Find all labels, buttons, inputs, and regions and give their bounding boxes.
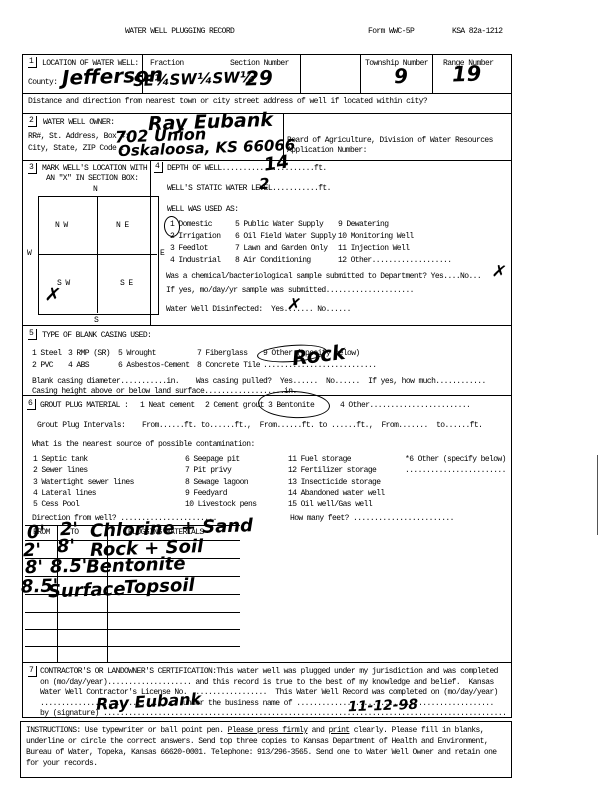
list-item: 4 Lateral lines [33, 489, 134, 500]
instructions-text: INSTRUCTIONS: Use typewriter or ball poi… [26, 725, 507, 769]
section6-heading: GROUT PLUG MATERIAL : [40, 401, 128, 410]
divider [360, 54, 361, 93]
compass-s-label: S [94, 316, 98, 325]
section1-number: 1 [28, 57, 37, 68]
list-item: 11 Injection Well [338, 244, 451, 256]
list-item: on (mo/day/year).................... and… [40, 678, 506, 689]
divider [22, 325, 511, 326]
fraction-value: SE¼SW¼SW¼ [133, 70, 256, 89]
list-item: 15 Oil well/Gas well [288, 500, 385, 511]
divider [22, 662, 511, 663]
list-item: 10 Monitoring Well [338, 232, 451, 244]
casing-option: 7 Fiberglass [197, 349, 247, 358]
grout-material-option-other: 4 Other........................ [340, 401, 470, 410]
grout-plug-intervals-line: Grout Plug Intervals: From......ft. to..… [37, 421, 482, 430]
list-item: 4 Industrial [170, 256, 220, 268]
how-many-feet-label: How many feet? ........................ [290, 514, 454, 523]
list-item: 11 Fuel storage [288, 455, 385, 466]
divider [300, 54, 301, 93]
instructions-part: INSTRUCTIONS: Use typewriter or ball poi… [26, 726, 228, 735]
list-item: *6 Other (specify below) [405, 455, 506, 466]
section5-heading: TYPE OF BLANK CASING USED: [42, 331, 151, 340]
section2-number: 2 [28, 116, 37, 127]
range-value: 19 [452, 63, 482, 85]
well-used-as-heading: WELL WAS USED AS: [167, 205, 238, 214]
divider [432, 54, 433, 93]
scan-edge-artifact [597, 455, 598, 535]
owner-label: WATER WELL OWNER: [43, 118, 114, 127]
list-item: 6 Seepage pit [185, 455, 256, 466]
grout-material-option: 1 Neat cement [140, 401, 195, 410]
casing-option: 1 Steel [32, 349, 61, 358]
section4-number: 4 [154, 162, 163, 173]
table-cell: 8' [57, 538, 76, 557]
divider [22, 93, 511, 94]
list-item: 7 Pit privy [185, 466, 256, 477]
list-item: 1 Septic tank [33, 455, 134, 466]
table-cell: Bentonite [86, 555, 186, 576]
form-title: WATER WELL PLUGGING RECORD [125, 27, 234, 36]
list-item: 5 Public Water Supply [235, 220, 336, 232]
casing-other-value: Rock [291, 342, 346, 368]
list-item: 14 Abandoned water well [288, 489, 385, 500]
blank-casing-diameter-line: Blank casing diameter...........in. Was … [32, 377, 486, 386]
static-level-value: 2 [259, 177, 270, 192]
section7-number: 7 [28, 666, 37, 677]
distance-question: Distance and direction from nearest town… [28, 97, 427, 106]
depth-of-well-line: DEPTH OF WELL......................ft. [167, 164, 327, 173]
divider [25, 646, 240, 647]
section-number-value: 29 [245, 68, 274, 89]
form-statute: KSA 82a-1212 [452, 27, 502, 36]
list-item: 6 Oil Field Water Supply [235, 232, 336, 244]
casing-option: 5 Wrought [118, 349, 156, 358]
list-item: 8 Air Conditioning [235, 256, 336, 268]
certification-date: 11-12-98 [348, 698, 419, 714]
list-item: 5 Cess Pool [33, 500, 134, 511]
table-cell: Topsoil [124, 577, 195, 597]
section3-heading-line1: MARK WELL'S LOCATION WITH [42, 164, 147, 173]
well-uses-column2: 5 Public Water Supply6 Oil Field Water S… [235, 220, 336, 268]
county-label: County: [28, 78, 57, 87]
instructions-part: and [307, 726, 328, 735]
contamination-column3: 11 Fuel storage12 Fertilizer storage13 I… [288, 455, 385, 511]
table-cell: Surface [48, 581, 126, 602]
depth-value: 14 [263, 153, 290, 174]
sample-no-x-mark: ✗ [491, 263, 508, 282]
well-location-x-mark: ✗ [44, 285, 62, 306]
address-label: RR#, St. Address, Box #: [28, 132, 129, 141]
table-cell: 8' [25, 559, 44, 578]
casing-option: 6 Asbestos-Cement [118, 361, 189, 370]
township-value: 9 [394, 66, 409, 86]
casing-option: 3 RMP (SR) [68, 349, 110, 358]
grout-material-option: 2 Cement grout [205, 401, 264, 410]
water-well-plugging-record-form: WATER WELL PLUGGING RECORD Form WWC-5P K… [0, 0, 605, 785]
contamination-column4: *6 Other (specify below)................… [405, 455, 506, 478]
divider [38, 254, 157, 255]
fraction-label: Fraction [150, 59, 184, 68]
compass-nw-label: N W [55, 221, 68, 230]
application-number-label: Application Number: [287, 146, 367, 155]
static-water-level-line: WELL'S STATIC WATER LEVEL...........ft. [167, 184, 331, 193]
section5-number: 5 [28, 329, 37, 340]
list-item: 9 Dewatering [338, 220, 451, 232]
section3-heading-line2: AN "X" IN SECTION BOX: [46, 174, 138, 183]
city-label: City, State, ZIP Code : [28, 144, 125, 153]
compass-se-label: S E [120, 279, 133, 288]
list-item: 8 Sewage lagoon [185, 478, 256, 489]
section6-number: 6 [27, 399, 36, 410]
section3-number: 3 [28, 163, 37, 174]
compass-w-label: W [27, 249, 31, 258]
divider [25, 629, 240, 630]
list-item: 13 Insecticide storage [288, 478, 385, 489]
list-item: 12 Other................... [338, 256, 451, 268]
casing-option: 4 ABS [68, 361, 89, 370]
form-number: Form WWC-5P [368, 27, 414, 36]
instructions-underlined-print: print [328, 726, 349, 735]
disinfected-yes-x-mark: ✗ [286, 296, 302, 315]
list-item: 12 Fertilizer storage [288, 466, 385, 477]
well-uses-column3: 9 Dewatering10 Monitoring Well11 Injecti… [338, 220, 451, 268]
list-item: 9 Feedyard [185, 489, 256, 500]
list-item: 10 Livestock pens [185, 500, 256, 511]
table-cell: 8.5' [50, 557, 88, 576]
list-item: 3 Watertight sewer lines [33, 478, 134, 489]
casing-height-line: Casing height above or below land surfac… [32, 387, 297, 396]
casing-option: 8 Concrete Tile [197, 361, 260, 370]
contamination-column1: 1 Septic tank2 Sewer lines3 Watertight s… [33, 455, 134, 511]
list-item: 3 Feedlot [170, 244, 220, 256]
contamination-question: What is the nearest source of possible c… [32, 440, 255, 449]
list-item: 2 Sewer lines [33, 466, 134, 477]
divider [25, 612, 240, 613]
compass-e-label: E [160, 249, 164, 258]
compass-n-label: N [93, 185, 97, 194]
sample-submitted-question: Was a chemical/bacteriological sample su… [166, 272, 481, 281]
list-item: CONTRACTOR'S OR LANDOWNER'S CERTIFICATIO… [40, 667, 506, 678]
disinfected-line: Water Well Disinfected: Yes....... No...… [166, 305, 351, 314]
list-item: ........................ [405, 466, 506, 477]
casing-option: 2 PVC [32, 361, 53, 370]
contamination-column2: 6 Seepage pit7 Pit privy8 Sewage lagoon9… [185, 455, 256, 511]
list-item: 7 Lawn and Garden Only [235, 244, 336, 256]
compass-ne-label: N E [116, 221, 129, 230]
board-of-agriculture-label: Board of Agriculture, Division of Water … [287, 136, 493, 145]
instructions-underlined-press-firmly: Please press firmly [228, 726, 308, 735]
